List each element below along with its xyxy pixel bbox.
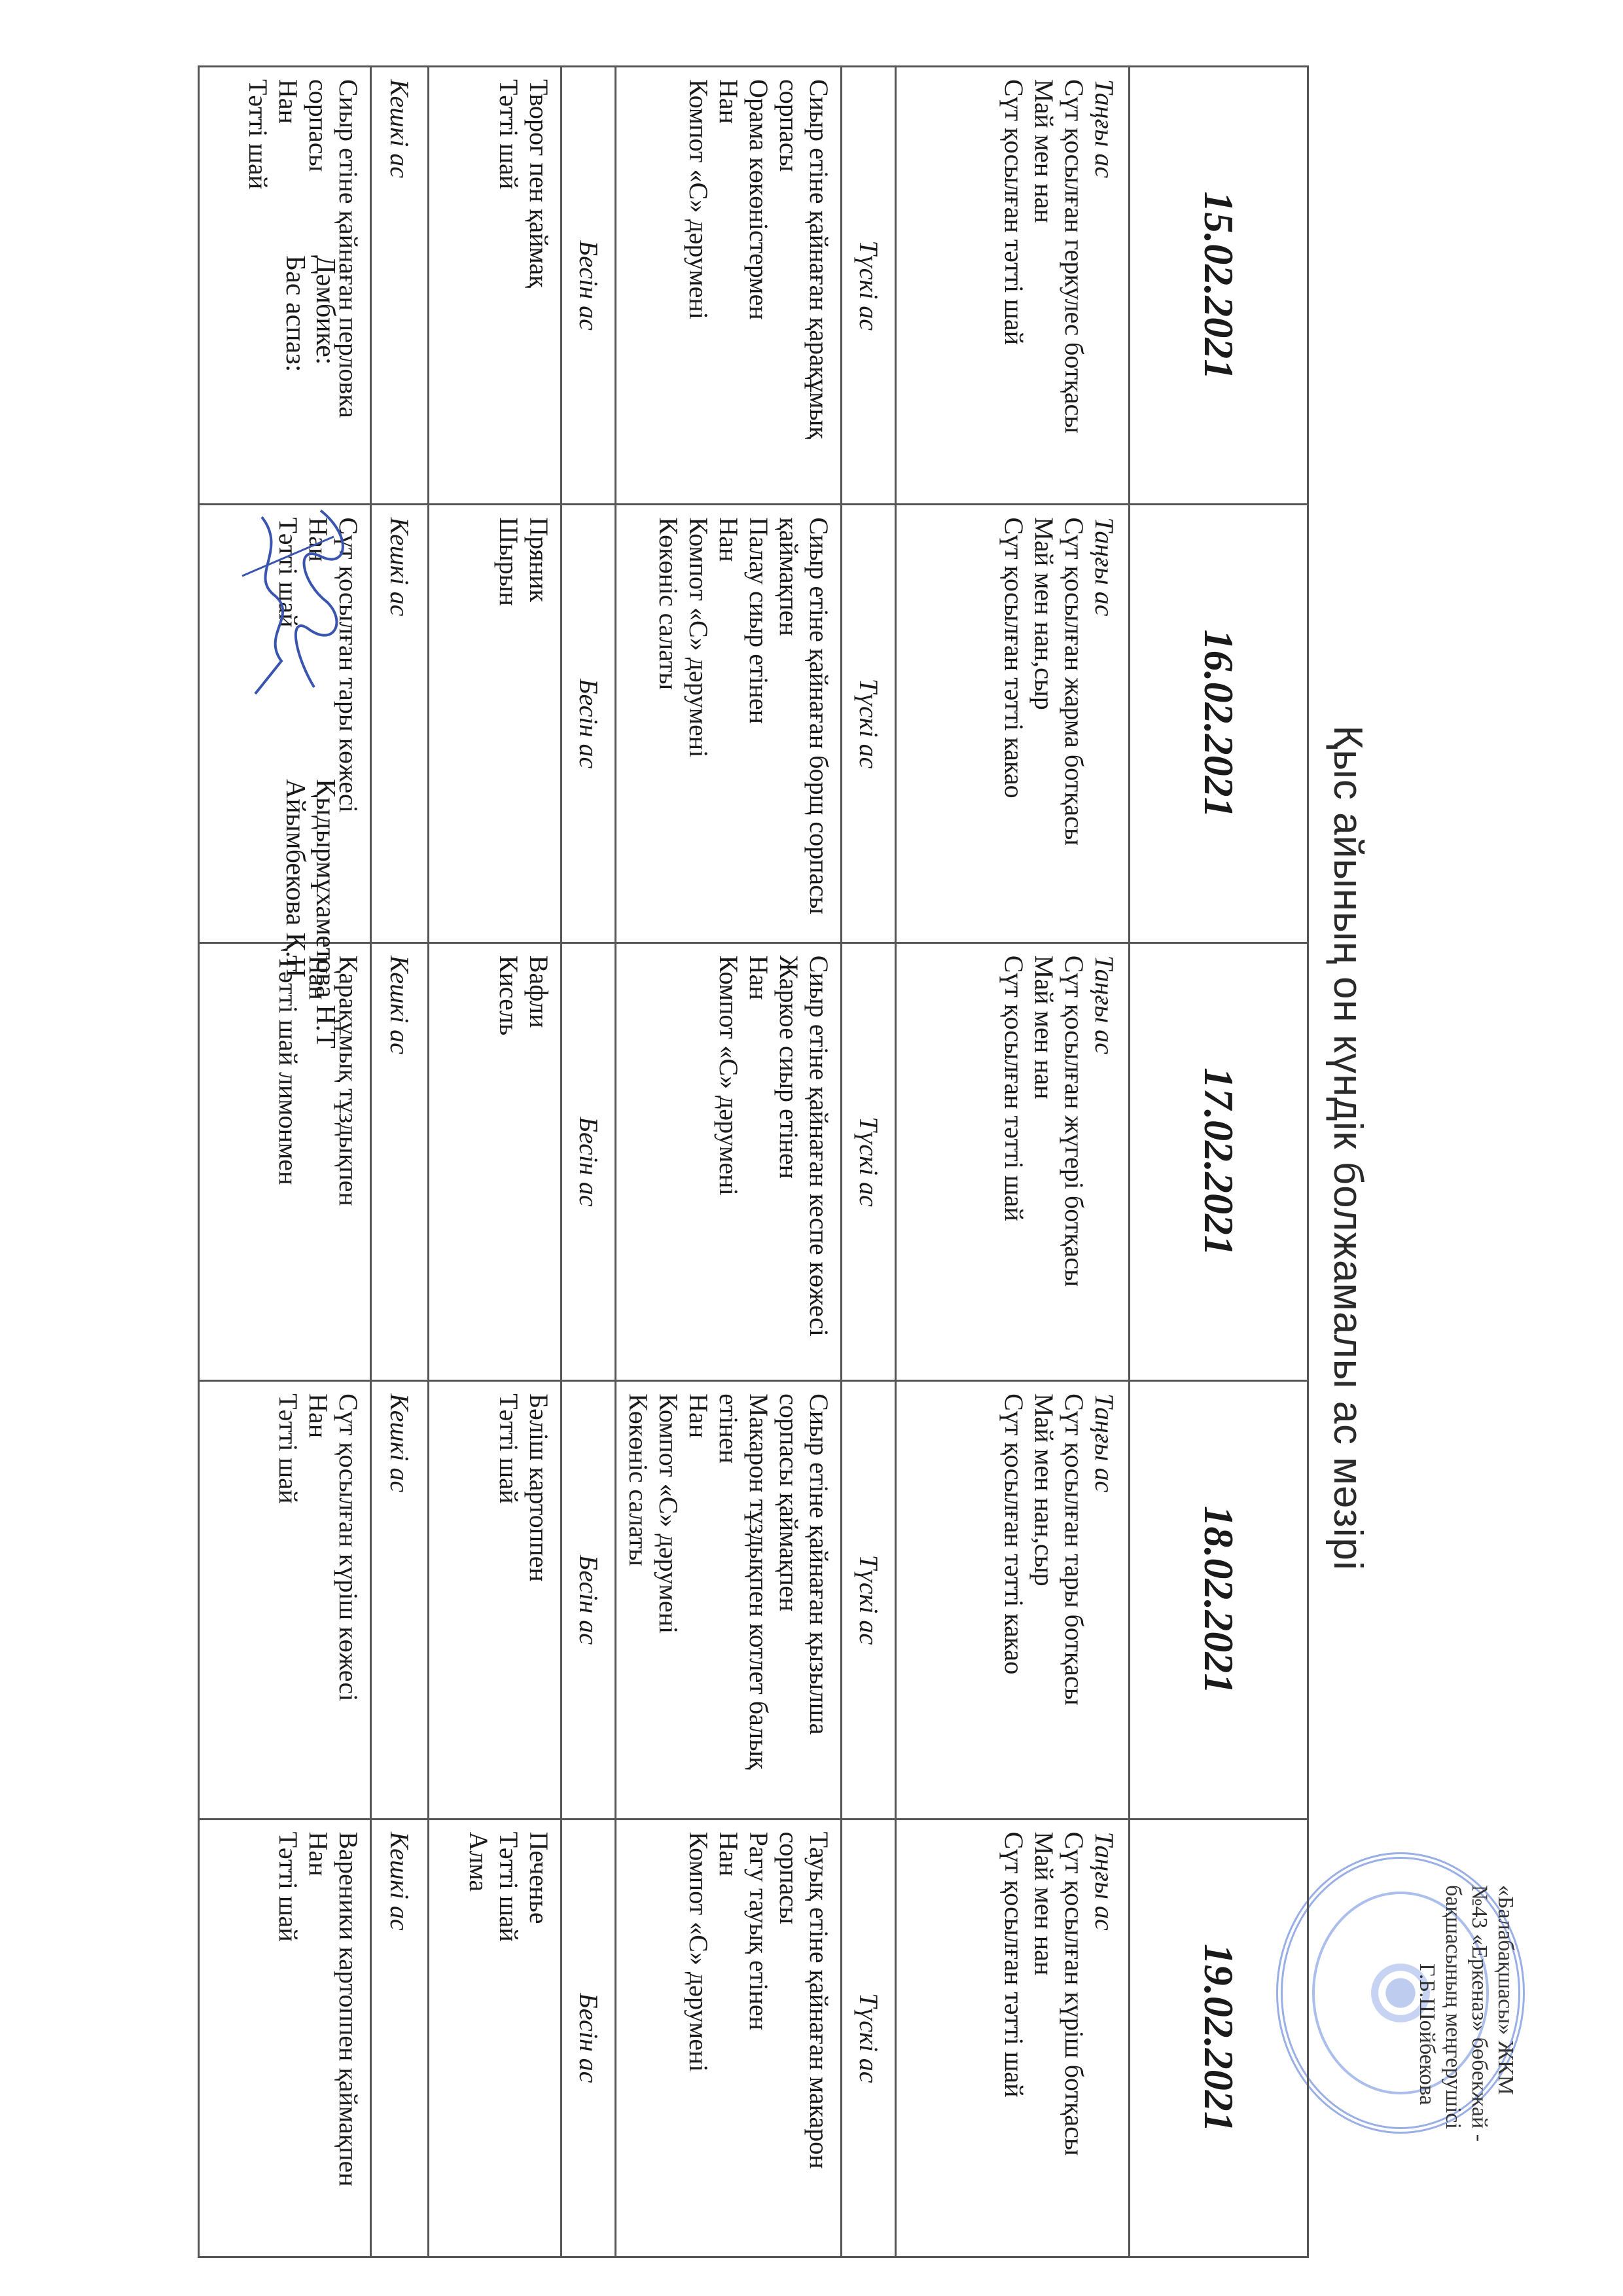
menu-item: Творог пен қаймақ [524, 79, 554, 492]
menu-item: Май мен нан [1029, 956, 1059, 1368]
approval-line: «Балабақшасы» ЖКМ [1492, 1885, 1518, 2225]
date-header-row: 15.02.2021 16.02.2021 17.02.2021 18.02.2… [1130, 67, 1308, 2257]
lunch-label: Түскі ас [842, 1819, 896, 2257]
menu-item: Алма [463, 1832, 493, 2244]
approval-line: бақшасының меңгерушісі [1440, 1885, 1466, 2225]
signatory-name: Қыдырмұхаметова Н.Т [310, 779, 340, 1049]
snack-label: Бесін ас [562, 67, 616, 505]
lunch-label: Түскі ас [842, 67, 896, 505]
breakfast-cell: Таңғы асСүт қосылған геркулес ботқасыМай… [896, 67, 1130, 505]
date-header: 19.02.2021 [1130, 1819, 1308, 2257]
menu-item: Нан [743, 956, 774, 1368]
snack-header-row: Бесін ас Бесін ас Бесін ас Бесін ас Бесі… [562, 67, 616, 2257]
menu-item: Сүт қосылған жарма ботқасы [1059, 517, 1089, 929]
snack-label: Бесін ас [562, 505, 616, 942]
menu-item: Рагу тауық етінен [743, 1832, 774, 2244]
menu-item: Тәтті шай [273, 1393, 303, 1806]
menu-item: Орама көкөністермен [743, 79, 774, 492]
menu-item: Май мен нан,сыр [1029, 517, 1059, 929]
menu-item: Сүт қосылған күріш ботқасы [1059, 1832, 1089, 2244]
menu-item: Сиыр етіне қайнаған қызылша сорпасы қайм… [774, 1393, 834, 1806]
menu-item: Вафли [524, 956, 554, 1368]
snack-cell: ВафлиКисель [429, 942, 562, 1380]
breakfast-cell: Таңғы асСүт қосылған тары ботқасыМай мен… [896, 1381, 1130, 1819]
dinner-label: Кешкі ас [371, 1381, 429, 1819]
dinner-label: Кешкі ас [371, 942, 429, 1380]
lunch-row: Сиыр етіне қайнаған қарақұмық сорпасыОра… [616, 67, 842, 2257]
breakfast-row: Таңғы асСүт қосылған геркулес ботқасыМай… [896, 67, 1130, 2257]
menu-item: Тәтті шай [273, 1832, 303, 2244]
menu-item: Компот «С» дәрумені [683, 517, 713, 929]
lunch-label: Түскі ас [842, 942, 896, 1380]
snack-cell: ПряникШырын [429, 505, 562, 942]
menu-table: 15.02.2021 16.02.2021 17.02.2021 18.02.2… [198, 65, 1309, 2258]
menu-item: Тауық етіне қайнаған макарон сорпасы [774, 1832, 834, 2244]
dinner-header-row: Кешкі ас Кешкі ас Кешкі ас Кешкі ас Кешк… [371, 67, 429, 2257]
menu-item: Компот «С» дәрумені [683, 79, 713, 492]
signatory-role: Дәмбике: [310, 255, 340, 439]
signatory-role: Бас аспаз: [280, 255, 310, 439]
approval-block: «Балабақшасы» ЖКМ №43 «Еркеназ» бөбекжай… [1414, 1885, 1518, 2225]
menu-item: Тәтті шай [493, 1393, 524, 1806]
menu-item: Нан [713, 1832, 743, 2244]
breakfast-cell: Таңғы асСүт қосылған жүгері ботқасыМай м… [896, 942, 1130, 1380]
snack-label: Бесін ас [562, 942, 616, 1380]
snack-cell: ПеченьеТәтті шайАлма [429, 1819, 562, 2257]
dinner-cell: Вареники картоппен қаймақпенНанТәтті шай [199, 1819, 371, 2257]
menu-item: Көкөніс салаты [623, 1393, 653, 1806]
breakfast-label: Таңғы ас [1089, 79, 1119, 492]
lunch-cell: Сиыр етіне қайнаған борщ сорпасы қаймақп… [616, 505, 842, 942]
snack-cell: Бәліш картоппенТәтті шай [429, 1381, 562, 1819]
signatory-row: Бас аспаз: Айымбекова Қ.Н [280, 255, 310, 1049]
menu-item: Көкөніс салаты [653, 517, 683, 929]
menu-item: Компот «С» дәрумені [653, 1393, 683, 1806]
menu-item: Нан [713, 517, 743, 929]
menu-item: Нан [303, 1393, 333, 1806]
menu-item: Сүт қосылған тәтті какао [999, 517, 1029, 929]
menu-item: Шырын [493, 517, 524, 929]
snack-cell: Творог пен қаймақТәтті шай [429, 67, 562, 505]
menu-item: Печенье [524, 1832, 554, 2244]
menu-item: Нан [713, 79, 743, 492]
menu-item: Сүт қосылған тәтті шай [999, 956, 1029, 1368]
dinner-label: Кешкі ас [371, 505, 429, 942]
menu-item: Компот «С» дәрумені [683, 1832, 713, 2244]
menu-item: Сиыр етіне қайнаған кеспе көжесі [804, 956, 834, 1368]
dinner-label: Кешкі ас [371, 1819, 429, 2257]
menu-item: Май мен нан,сыр [1029, 1393, 1059, 1806]
menu-item: Пряник [524, 517, 554, 929]
breakfast-cell: Таңғы асСүт қосылған күріш ботқасыМай ме… [896, 1819, 1130, 2257]
lunch-cell: Сиыр етіне қайнаған қызылша сорпасы қайм… [616, 1381, 842, 1819]
date-header: 16.02.2021 [1130, 505, 1308, 942]
menu-item: Сүт қосылған тары ботқасы [1059, 1393, 1089, 1806]
menu-item: Вареники картоппен қаймақпен [333, 1832, 363, 2244]
breakfast-label: Таңғы ас [1089, 1832, 1119, 2244]
menu-item: Май мен нан [1029, 79, 1059, 492]
menu-item: Жаркое сиыр етінен [774, 956, 804, 1368]
dinner-cell: Сүт қосылған күріш көжесіНанТәтті шай [199, 1381, 371, 1819]
signatories: Дәмбике: Қыдырмұхаметова Н.Т Бас аспаз: … [280, 255, 340, 1049]
menu-item: Нан [683, 1393, 713, 1806]
approval-line: №43 «Еркеназ» бөбекжай - [1466, 1885, 1492, 2225]
snack-label: Бесін ас [562, 1381, 616, 1819]
menu-item: Сиыр етіне қайнаған борщ сорпасы қаймақп… [774, 517, 834, 929]
menu-item: Сүт қосылған тәтті какао [999, 1393, 1029, 1806]
dinner-label: Кешкі ас [371, 67, 429, 505]
breakfast-label: Таңғы ас [1089, 517, 1119, 929]
breakfast-label: Таңғы ас [1089, 1393, 1119, 1806]
lunch-cell: Сиыр етіне қайнаған кеспе көжесіЖаркое с… [616, 942, 842, 1380]
menu-item: Компот «С» дәрумені [713, 956, 743, 1368]
signatory-row: Дәмбике: Қыдырмұхаметова Н.Т [310, 255, 340, 1049]
menu-item: Сүт қосылған күріш көжесі [333, 1393, 363, 1806]
lunch-label: Түскі ас [842, 505, 896, 942]
date-header: 17.02.2021 [1130, 942, 1308, 1380]
menu-item: Сүт қосылған геркулес ботқасы [1059, 79, 1089, 492]
menu-item: Нан [303, 1832, 333, 2244]
menu-item: Сүт қосылған жүгері ботқасы [1059, 956, 1089, 1368]
menu-item: Май мен нан [1029, 1832, 1059, 2244]
menu-item: Бәліш картоппен [524, 1393, 554, 1806]
signatory-name: Айымбекова Қ.Н [280, 779, 310, 978]
menu-item: Сиыр етіне қайнаған қарақұмық сорпасы [774, 79, 834, 492]
approval-line: Г.Б.Шойбекова [1414, 1885, 1440, 2225]
menu-item: Тәтті шай [493, 1832, 524, 2244]
menu-item: Палау сиыр етінен [743, 517, 774, 929]
snack-label: Бесін ас [562, 1819, 616, 2257]
lunch-cell: Тауық етіне қайнаған макарон сорпасыРагу… [616, 1819, 842, 2257]
menu-item: Сүт қосылған тәтті шай [999, 1832, 1029, 2244]
lunch-label: Түскі ас [842, 1381, 896, 1819]
page-title: Қыс айының он күндік болжамалы ас мәзірі [1325, 0, 1371, 2296]
lunch-header-row: Түскі ас Түскі ас Түскі ас Түскі ас Түск… [842, 67, 896, 2257]
menu-sheet: «Балабақшасы» ЖКМ №43 «Еркеназ» бөбекжай… [0, 0, 1623, 2296]
date-header: 15.02.2021 [1130, 67, 1308, 505]
menu-item: Сүт қосылған тәтті шай [999, 79, 1029, 492]
menu-item: Макарон тұздықпен котлет балық етінен [713, 1393, 774, 1806]
menu-item: Кисель [493, 956, 524, 1368]
breakfast-label: Таңғы ас [1089, 956, 1119, 1368]
menu-item: Тәтті шай [243, 79, 273, 492]
menu-item: Тәтті шай [493, 79, 524, 492]
snack-row: Творог пен қаймақТәтті шай ПряникШырын В… [429, 67, 562, 2257]
breakfast-cell: Таңғы асСүт қосылған жарма ботқасыМай ме… [896, 505, 1130, 942]
date-header: 18.02.2021 [1130, 1381, 1308, 1819]
lunch-cell: Сиыр етіне қайнаған қарақұмық сорпасыОра… [616, 67, 842, 505]
